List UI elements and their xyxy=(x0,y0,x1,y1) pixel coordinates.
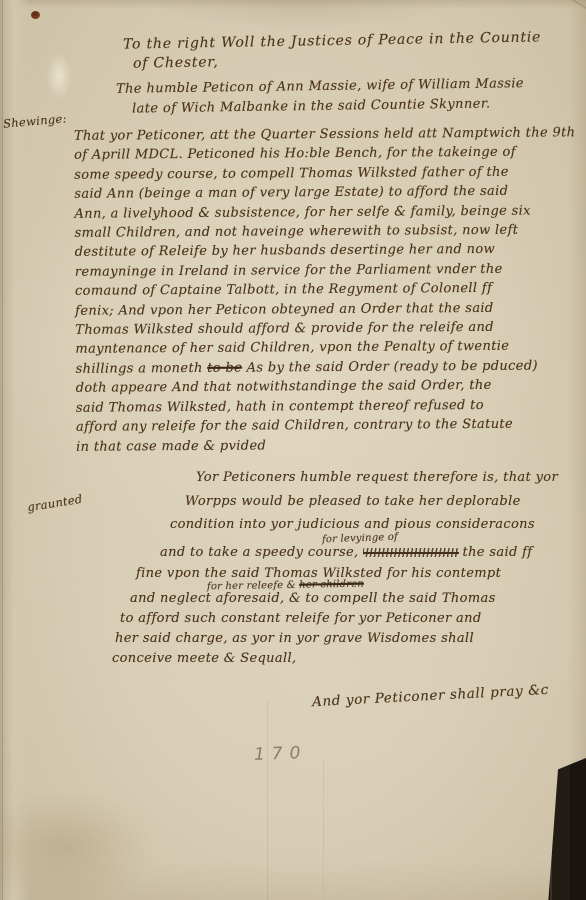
line-text: and to take a speedy course, xyxy=(160,545,359,560)
binding-shadow xyxy=(546,758,586,900)
manuscript-line: conceive meete & Sequall, xyxy=(112,651,297,666)
manuscript-line-with-strikeout: and to take a speedy course,the said ff xyxy=(160,545,532,560)
manuscript-line: in that case made & pvided xyxy=(76,434,584,457)
struck-text: her children xyxy=(299,579,364,591)
manuscript-line: Yor Peticoners humble request therefore … xyxy=(196,470,558,485)
interlinear-insertion: for levyinge of xyxy=(322,532,398,546)
scribbled-out-text xyxy=(363,548,459,557)
manuscript-line: her said charge, as yor in yor grave Wis… xyxy=(115,631,474,646)
heading-address-line1: To the right Woll the Justices of Peace … xyxy=(123,29,541,52)
margin-note-shewing: Shewinge: xyxy=(3,111,68,131)
body-paragraph-1: That yor Peticoner, att the Quarter Sess… xyxy=(74,123,584,456)
paper-stain-bottom-left xyxy=(0,788,160,900)
manuscript-line-with-strikeout: shillings a moneth to be As by the said … xyxy=(75,356,583,379)
heading-petitioner-line2: late of Wich Malbanke in the said Counti… xyxy=(132,96,491,116)
margin-note-granted: graunted xyxy=(26,492,83,515)
folio-number-pencil: 170 xyxy=(254,743,308,765)
struck-text: to be xyxy=(207,360,242,375)
manuscript-line: afford any releife for the said Children… xyxy=(76,414,584,437)
paper-stain-top xyxy=(150,0,450,30)
closing-prayer: And yor Peticoner shall pray &c xyxy=(312,682,550,710)
line-text: shillings a moneth xyxy=(75,361,207,377)
manuscript-line: condition into yor judicious and pious c… xyxy=(170,517,535,532)
paper-crease xyxy=(267,700,268,900)
line-text: the said ff xyxy=(463,545,533,560)
manuscript-page: To the right Woll the Justices of Peace … xyxy=(0,0,586,900)
corner-crease xyxy=(526,0,586,20)
manuscript-line: Worpps would be pleased to take her depl… xyxy=(185,494,521,509)
heading-petitioner-line1: The humble Peticon of Ann Massie, wife o… xyxy=(116,76,524,97)
ink-blot xyxy=(31,11,40,19)
paper-crease xyxy=(323,760,324,900)
heading-address-line2: of Chester, xyxy=(133,54,219,71)
line-text: As by the said Order (ready to be pduced… xyxy=(242,358,538,375)
manuscript-line: to afford such constant releife for yor … xyxy=(120,611,482,626)
manuscript-line: and neglect aforesaid, & to compell the … xyxy=(130,591,496,606)
manuscript-line: small Children, and not haveinge wherewi… xyxy=(75,220,583,243)
paper-stain-light xyxy=(46,52,72,100)
page-edge-line xyxy=(2,0,3,900)
